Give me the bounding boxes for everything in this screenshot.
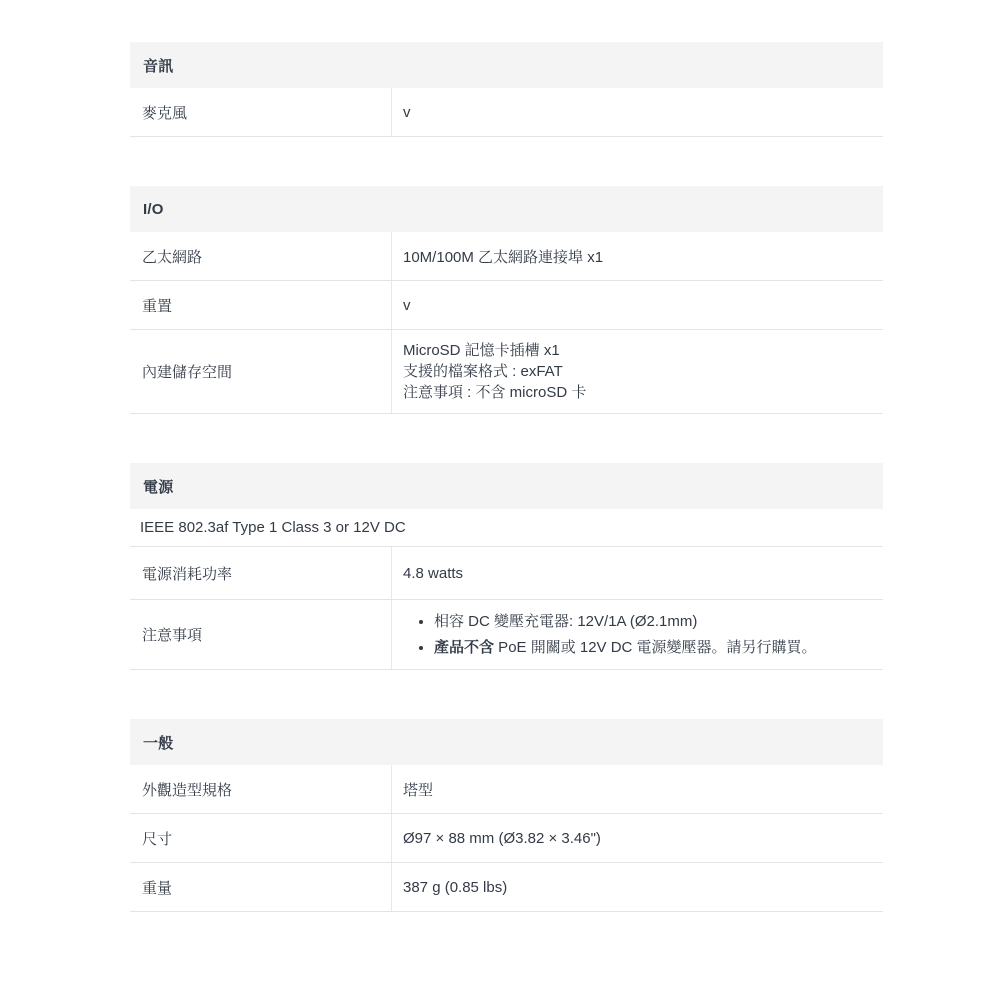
- spec-value: 10M/100M 乙太網路連接埠 x1: [392, 232, 883, 280]
- label-text: 重量: [142, 877, 172, 898]
- bullet-item: 相容 DC 變壓充電器: 12V/1A (Ø2.1mm): [434, 609, 817, 635]
- spec-row-weight: 重量 387 g (0.85 lbs): [130, 863, 883, 912]
- value-text: v: [403, 297, 411, 314]
- value-text: 10M/100M 乙太網路連接埠 x1: [403, 246, 603, 267]
- spec-section-audio: 音訊 麥克風 v: [130, 42, 883, 137]
- spec-label: 乙太網路: [130, 232, 392, 280]
- label-text: 尺寸: [142, 828, 172, 849]
- spec-section-io: I/O 乙太網路 10M/100M 乙太網路連接埠 x1 重置 v 內建儲存空間…: [130, 186, 883, 414]
- value-text: 387 g (0.85 lbs): [403, 879, 507, 896]
- value-text: 塔型: [403, 779, 433, 800]
- spec-row-power-notes: 注意事項 相容 DC 變壓充電器: 12V/1A (Ø2.1mm) 產品不含 P…: [130, 600, 883, 670]
- bullet-bold-text: 產品不含: [434, 639, 494, 656]
- bullet-text: PoE 開關或 12V DC 電源變壓器。請另行購買。: [494, 639, 817, 656]
- spec-label: 尺寸: [130, 814, 392, 862]
- spec-value: v: [392, 88, 883, 136]
- label-text: 外觀造型規格: [142, 779, 232, 800]
- label-text: 內建儲存空間: [142, 361, 232, 382]
- spec-row-poe-standard: IEEE 802.3af Type 1 Class 3 or 12V DC: [130, 509, 883, 547]
- value-line: MicroSD 記憶卡插槽 x1: [403, 340, 872, 361]
- section-title: 音訊: [143, 55, 173, 76]
- section-title: 一般: [143, 732, 173, 753]
- section-header-io: I/O: [130, 186, 883, 232]
- spec-row-reset: 重置 v: [130, 281, 883, 330]
- notes-bullet-list: 相容 DC 變壓充電器: 12V/1A (Ø2.1mm) 產品不含 PoE 開關…: [403, 609, 817, 661]
- spec-row-form-factor: 外觀造型規格 塔型: [130, 765, 883, 814]
- section-header-power: 電源: [130, 463, 883, 509]
- spec-section-general: 一般 外觀造型規格 塔型 尺寸 Ø97 × 88 mm (Ø3.82 × 3.4…: [130, 719, 883, 912]
- section-header-audio: 音訊: [130, 42, 883, 88]
- label-text: 麥克風: [142, 102, 187, 123]
- spec-value: MicroSD 記憶卡插槽 x1 支援的檔案格式 : exFAT 注意事項 : …: [392, 330, 883, 413]
- spec-value: Ø97 × 88 mm (Ø3.82 × 3.46"): [392, 814, 883, 862]
- spec-label: 重置: [130, 281, 392, 329]
- spec-row-storage: 內建儲存空間 MicroSD 記憶卡插槽 x1 支援的檔案格式 : exFAT …: [130, 330, 883, 414]
- spec-label: 重量: [130, 863, 392, 911]
- spec-section-power: 電源 IEEE 802.3af Type 1 Class 3 or 12V DC…: [130, 463, 883, 670]
- spec-row-power-consumption: 電源消耗功率 4.8 watts: [130, 547, 883, 600]
- value-text: Ø97 × 88 mm (Ø3.82 × 3.46"): [403, 830, 601, 847]
- value-text: IEEE 802.3af Type 1 Class 3 or 12V DC: [140, 519, 406, 536]
- label-text: 乙太網路: [142, 246, 202, 267]
- spec-label: 電源消耗功率: [130, 547, 392, 599]
- label-text: 注意事項: [142, 624, 202, 645]
- spec-row-ethernet: 乙太網路 10M/100M 乙太網路連接埠 x1: [130, 232, 883, 281]
- section-title: 電源: [143, 476, 173, 497]
- value-line: 注意事項 : 不含 microSD 卡: [403, 382, 872, 403]
- spec-value: 387 g (0.85 lbs): [392, 863, 883, 911]
- spec-label: 內建儲存空間: [130, 330, 392, 413]
- spec-value: 塔型: [392, 765, 883, 813]
- spec-table: 音訊 麥克風 v I/O 乙太網路 10M/100M 乙太網路連接埠 x1 重置: [130, 42, 883, 912]
- bullet-item: 產品不含 PoE 開關或 12V DC 電源變壓器。請另行購買。: [434, 635, 817, 661]
- spec-label: 注意事項: [130, 600, 392, 669]
- label-text: 重置: [142, 295, 172, 316]
- section-header-general: 一般: [130, 719, 883, 765]
- spec-value: 相容 DC 變壓充電器: 12V/1A (Ø2.1mm) 產品不含 PoE 開關…: [392, 600, 883, 669]
- spec-row-microphone: 麥克風 v: [130, 88, 883, 137]
- bullet-text: 相容 DC 變壓充電器: 12V/1A (Ø2.1mm): [434, 613, 697, 630]
- spec-value: 4.8 watts: [392, 547, 883, 599]
- spec-label: 麥克風: [130, 88, 392, 136]
- value-text: 4.8 watts: [403, 565, 463, 582]
- spec-label: 外觀造型規格: [130, 765, 392, 813]
- spec-value: v: [392, 281, 883, 329]
- value-text: v: [403, 104, 411, 121]
- section-title: I/O: [143, 201, 164, 218]
- spec-row-dimensions: 尺寸 Ø97 × 88 mm (Ø3.82 × 3.46"): [130, 814, 883, 863]
- value-line: 支援的檔案格式 : exFAT: [403, 361, 872, 382]
- label-text: 電源消耗功率: [142, 563, 232, 584]
